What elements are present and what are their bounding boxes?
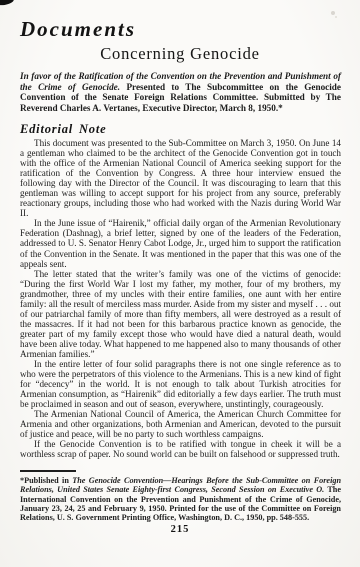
footnote-separator-rule <box>20 470 76 472</box>
document-abstract: In favor of the Ratification of the Conv… <box>20 71 341 114</box>
editorial-note-body: This document was presented to the Sub-C… <box>20 138 341 460</box>
page-number: 215 <box>0 524 360 535</box>
footnote-lead-text: *Published in <box>20 476 69 485</box>
footnote-text: *Published in The Genocide Convention—He… <box>20 476 341 523</box>
body-paragraph: If the Genocide Convention is to be rati… <box>20 439 341 459</box>
page-title: Documents <box>20 17 136 41</box>
page-subtitle: Concerning Genocide <box>0 44 360 63</box>
body-paragraph: The Armenian National Council of America… <box>20 409 341 439</box>
body-paragraph: In the June issue of “Hairenik,” officia… <box>20 218 341 268</box>
body-paragraph: The letter stated that the writer’s fami… <box>20 269 341 359</box>
scanned-document-page: Documents Concerning Genocide In favor o… <box>0 0 360 567</box>
editorial-note-heading: Editorial Note <box>20 122 106 136</box>
footnote-italic-citation: The Genocide Convention—Hearings Before … <box>20 476 341 494</box>
footnote: *Published in The Genocide Convention—He… <box>20 476 341 523</box>
scan-speckle-mark <box>331 11 335 15</box>
body-paragraph: In the entire letter of four solid parag… <box>20 359 341 409</box>
body-paragraph: This document was presented to the Sub-C… <box>20 138 341 218</box>
scan-smudge-mark <box>0 0 15 6</box>
